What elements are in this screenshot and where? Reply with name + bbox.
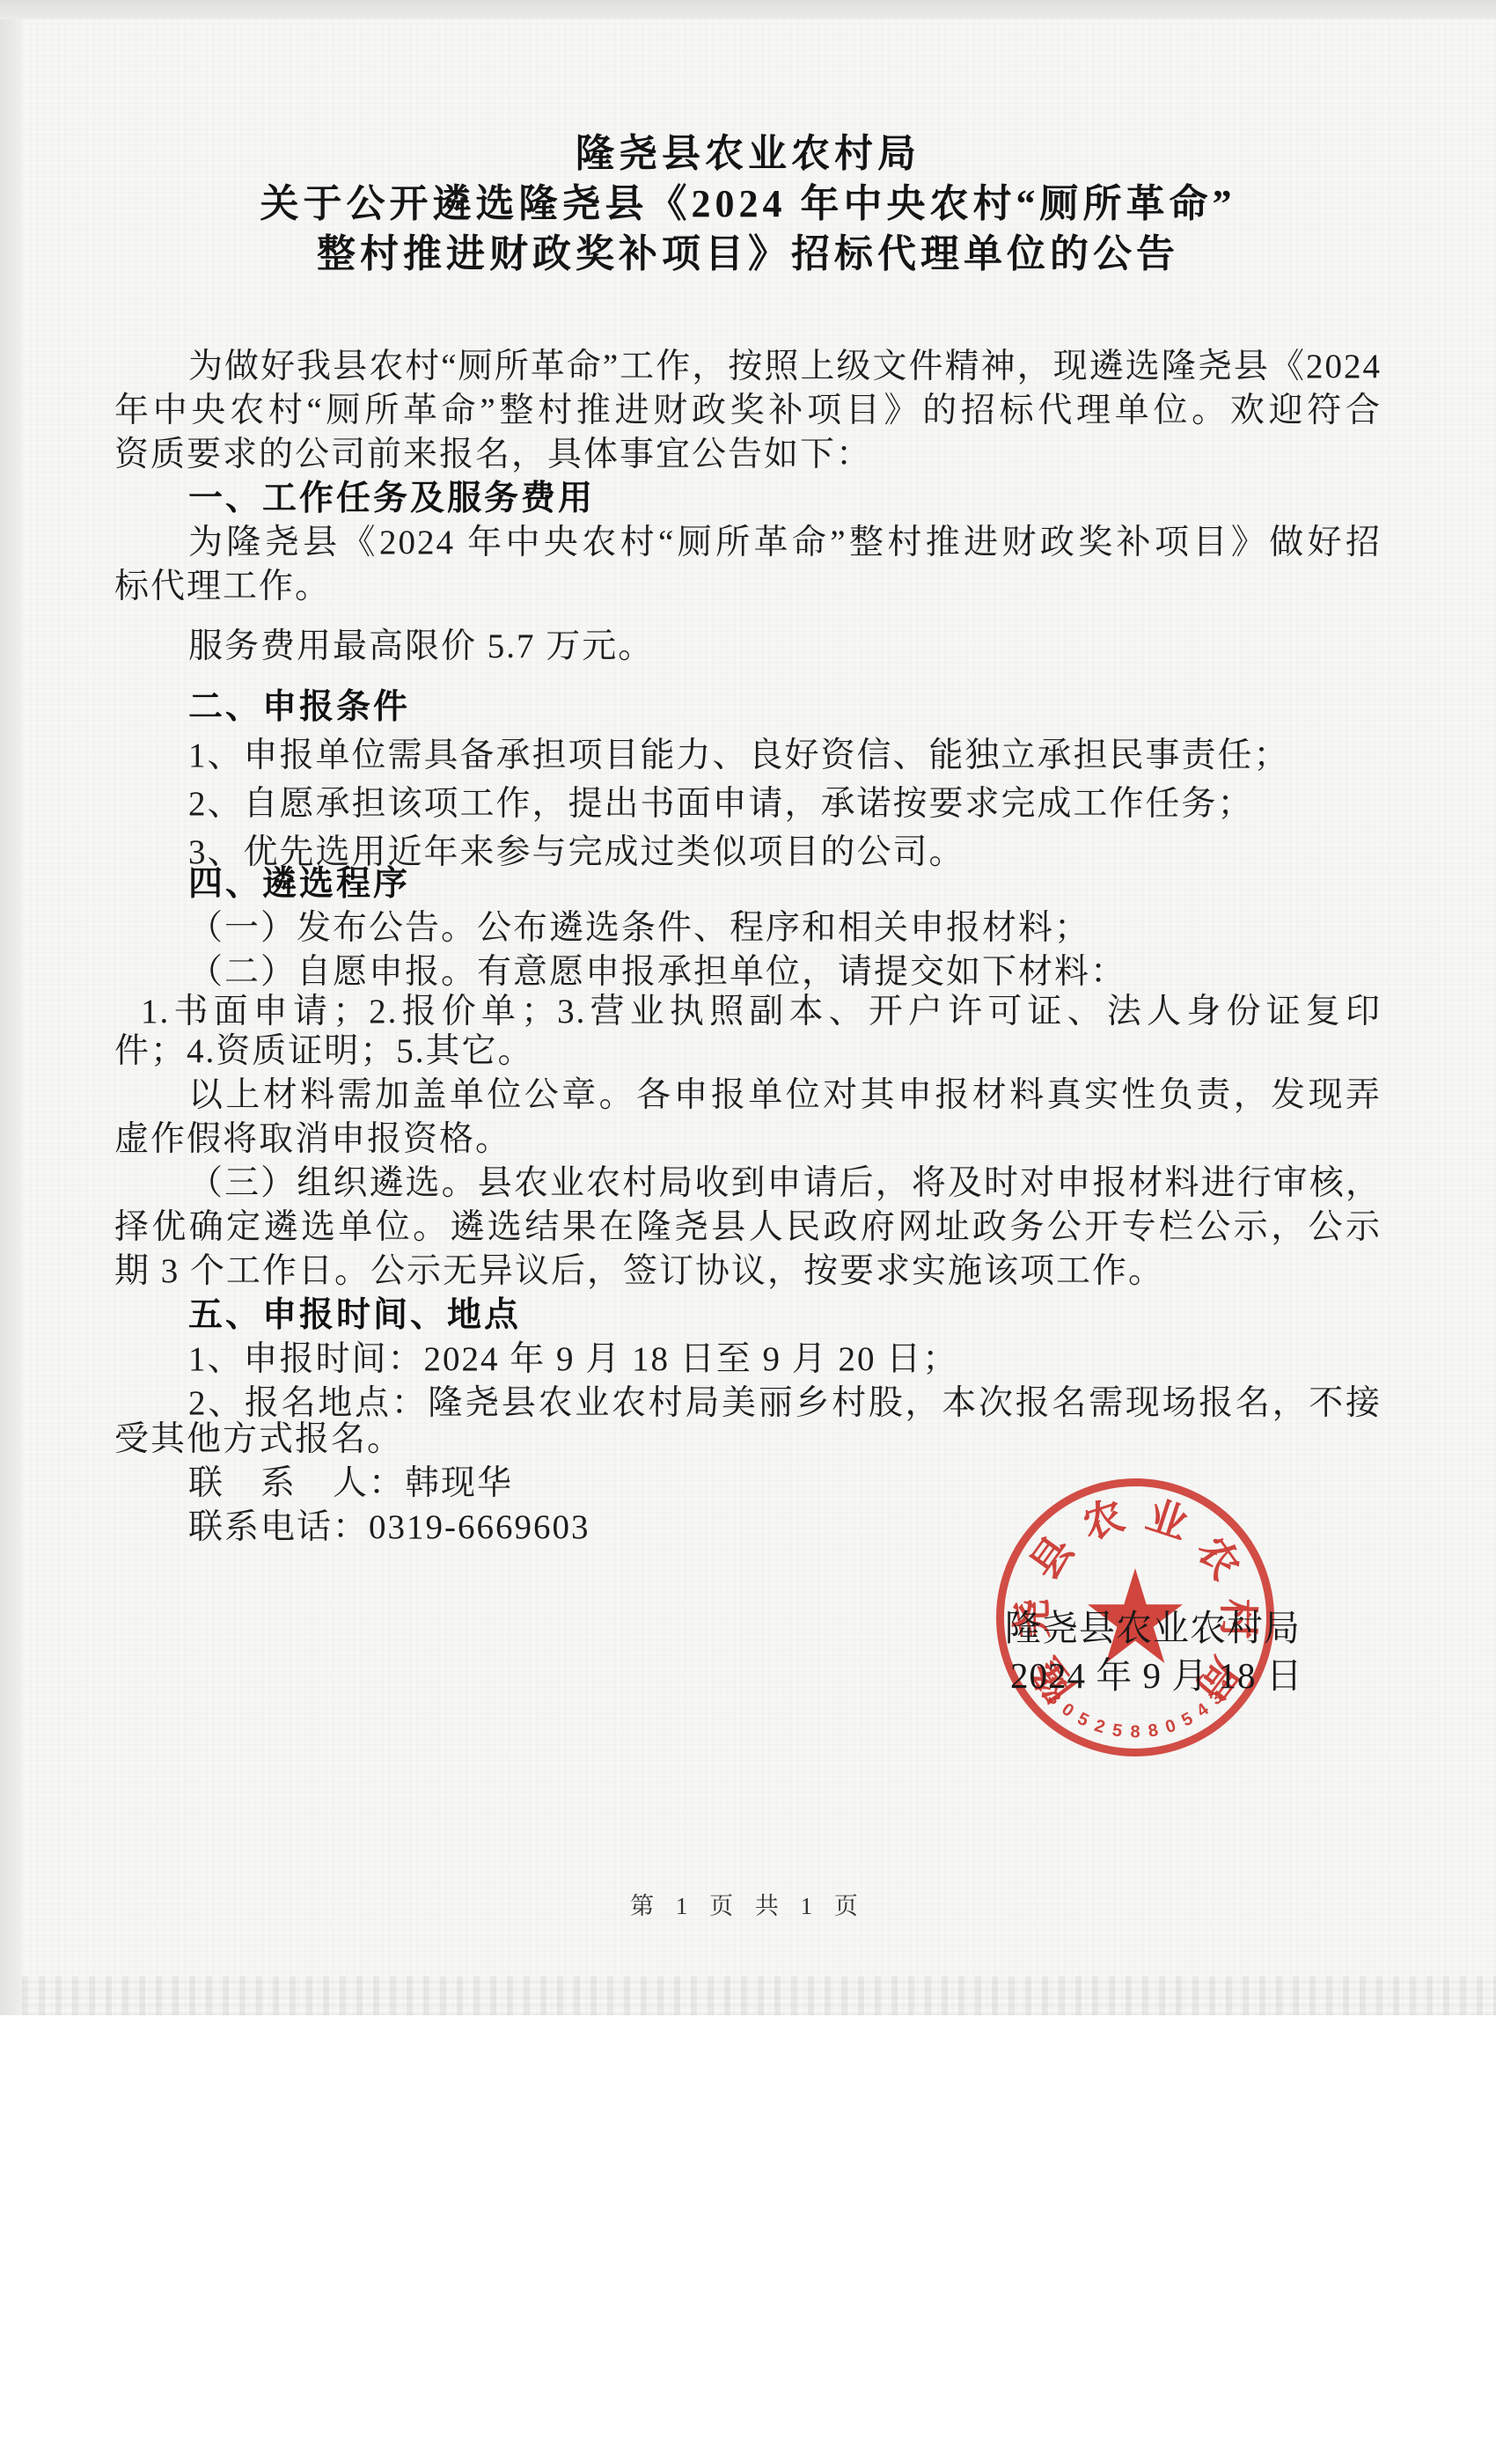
document-body: 为做好我县农村“厕所革命”工作，按照上级文件精神，现遴选隆尧县《2024年中央农… [114,345,1382,1550]
document-title-line: 整村推进财政奖补项目》招标代理单位的公告 [114,229,1382,279]
scan-edge-left [0,19,22,2015]
document-line: 2、自愿承担该项工作，提出书面申请，承诺按要求完成工作任务； [114,782,1382,826]
document-line: 年中央农村“厕所革命”整村推进财政奖补项目》的招标代理单位。欢迎符合 [114,389,1382,433]
document-title-line: 关于公开遴选隆尧县《2024 年中央农村“厕所革命” [114,179,1382,229]
document-line: 标代理工作。 [114,565,1382,609]
signature-date: 2024 年 9 月 18 日 [1010,1646,1303,1698]
document-line: 一、工作任务及服务费用 [114,477,1382,521]
document-line: （三）组织遴选。县农业农村局收到申请后，将及时对申报材料进行审核， [114,1162,1382,1206]
seal-serial-digit: 8 [1130,1723,1140,1743]
scanned-document: 隆尧县农业农村局 关于公开遴选隆尧县《2024 年中央农村“厕所革命” 整村推进… [0,0,1496,2464]
document-line: 二、申报条件 [114,686,1382,730]
document-line: 服务费用最高限价 5.7 万元。 [114,625,1382,669]
document-line: 为隆尧县《2024 年中央农村“厕所革命”整村推进财政奖补项目》做好招 [114,521,1382,565]
document-line: 为做好我县农村“厕所革命”工作，按照上级文件精神，现遴选隆尧县《2024 [114,345,1382,389]
document-line: 资质要求的公司前来报名，具体事宜公告如下： [114,433,1382,477]
document-line: 择优确定遴选单位。遴选结果在隆尧县人民政府网址政务公开专栏公示，公示 [114,1206,1382,1250]
signature-organization: 隆尧县农业农村局 [1005,1599,1301,1651]
document-line: 1、申报单位需具备承担项目能力、良好资信、能独立承担民事责任； [114,734,1382,778]
document-line: 1.书面申请；2.报价单；3.营业执照副本、开户许可证、法人身份证复印 [114,990,1382,1034]
document-line: 期 3 个工作日。公示无异议后，签订协议，按要求实施该项工作。 [114,1250,1382,1294]
document-title: 隆尧县农业农村局 关于公开遴选隆尧县《2024 年中央农村“厕所革命” 整村推进… [114,128,1382,279]
document-line: 1、申报时间：2024 年 9 月 18 日至 9 月 20 日； [114,1338,1382,1382]
document-line: 五、申报时间、地点 [114,1294,1382,1338]
document-line: （二）自愿申报。有意愿申报承担单位，请提交如下材料： [114,950,1382,994]
document-line: （一）发布公告。公布遴选条件、程序和相关申报材料； [114,906,1382,950]
scan-edge-top [0,0,1496,19]
page-number: 第 1 页 共 1 页 [114,1887,1382,1921]
document-line: 虚作假将取消申报资格。 [114,1118,1382,1162]
document-line: 以上材料需加盖单位公章。各申报单位对其申报材料真实性负责，发现弄 [114,1074,1382,1118]
scan-bottom-edge [22,1976,1496,2015]
document-title-line: 隆尧县农业农村局 [114,128,1382,179]
document-line: 件；4.资质证明；5.其它。 [114,1030,1382,1074]
